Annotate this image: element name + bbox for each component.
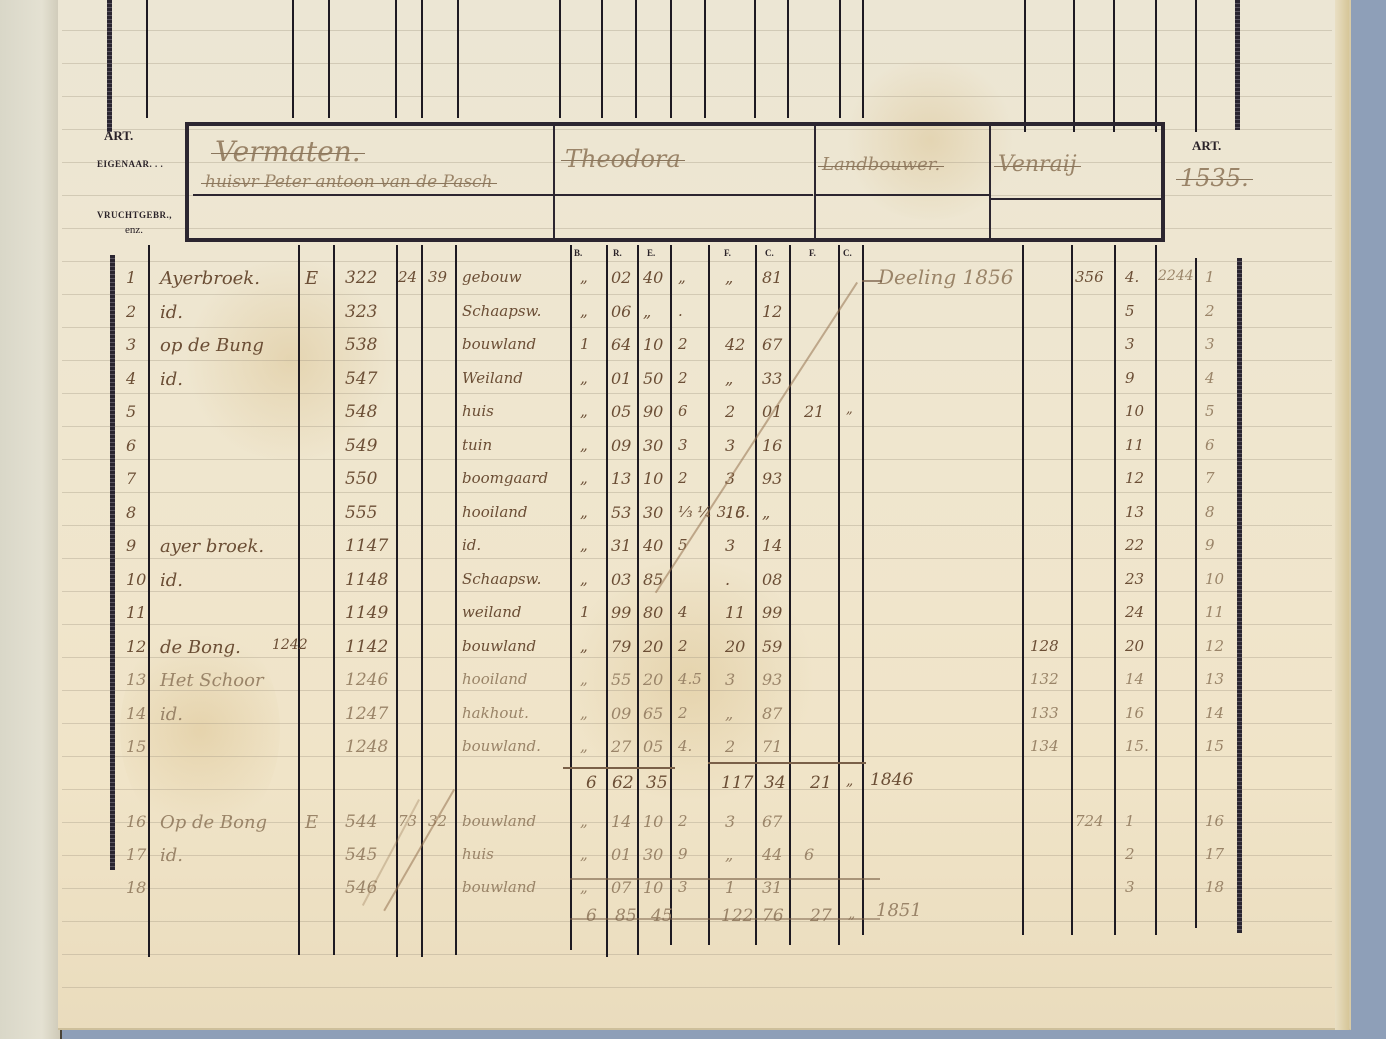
- row-number: 13: [126, 670, 146, 689]
- value-f: „: [725, 268, 733, 287]
- right-col-c: 9: [1125, 369, 1135, 387]
- value-e: 10: [643, 469, 663, 488]
- parcel-number: 545: [345, 845, 377, 865]
- right-col-c: 20: [1125, 637, 1144, 655]
- right-col-c: 11: [1125, 436, 1144, 454]
- value-f: „: [725, 704, 733, 723]
- land-use: bouwland.: [462, 737, 541, 755]
- land-use: bouwland: [462, 878, 536, 896]
- parcel-number: 550: [345, 469, 377, 489]
- place-name: Ayerbroek.: [160, 268, 260, 289]
- value-e: 20: [643, 670, 663, 689]
- place-name: de Bong.: [160, 637, 241, 658]
- owner-surname: Vermaten.: [215, 135, 361, 168]
- right-col-c: 4.: [1125, 268, 1139, 286]
- right-border-top: [1235, 0, 1240, 130]
- value-c: 14: [762, 536, 782, 555]
- value-f: „: [725, 845, 733, 864]
- class: 4.5: [678, 670, 702, 688]
- value-c: 87: [762, 704, 782, 723]
- row-number: 6: [126, 436, 136, 455]
- value-b: „: [580, 845, 588, 863]
- col-header-r: R.: [613, 248, 622, 258]
- right-col-c: 15.: [1125, 737, 1149, 755]
- value-b: „: [580, 737, 588, 755]
- right-col-e: 4: [1205, 369, 1215, 387]
- right-col-c: 16: [1125, 704, 1144, 722]
- owner-subline: huisvr Peter antoon van de Pasch: [205, 172, 493, 192]
- land-use: bouwland: [462, 812, 536, 830]
- land-use: gebouw: [462, 268, 522, 286]
- parcel-number: 1148: [345, 570, 388, 590]
- usufruct-label: VRUCHTGEBR.,: [97, 210, 172, 220]
- right-col-e: 6: [1205, 436, 1215, 454]
- row-number: 8: [126, 503, 136, 522]
- owner-residence: Venraij: [998, 152, 1077, 177]
- total-1851-f: 122: [721, 906, 753, 926]
- right-col-e: 9: [1205, 536, 1215, 554]
- class: 2: [678, 469, 688, 487]
- parcel-number: 544: [345, 812, 377, 832]
- value-c: 81: [762, 268, 782, 287]
- parcel-number: 1149: [345, 603, 388, 623]
- parcel-number: 547: [345, 369, 377, 389]
- section-letter: E: [305, 268, 318, 289]
- place-name: Het Schoor: [160, 670, 264, 691]
- value-c2: „: [846, 402, 853, 417]
- right-col-c: 10: [1125, 402, 1144, 420]
- right-col-e: 2: [1205, 302, 1215, 320]
- row-number: 7: [126, 469, 136, 488]
- value-c: 33: [762, 369, 782, 388]
- value-f: 1: [725, 878, 735, 897]
- value-b: „: [580, 503, 588, 521]
- value-c: 59: [762, 637, 782, 656]
- owner-label: EIGENAAR. . .: [97, 159, 163, 169]
- value-b: „: [580, 268, 588, 286]
- value-e: 30: [643, 845, 663, 864]
- value-e: 10: [643, 878, 663, 897]
- value-b: „: [580, 570, 588, 588]
- value-e: 90: [643, 402, 663, 421]
- class: 6: [678, 402, 688, 420]
- class: 2: [678, 369, 688, 387]
- class: 2: [678, 704, 688, 722]
- right-col-c: 1: [1125, 812, 1135, 830]
- value-b: „: [580, 402, 588, 420]
- value-f: 16: [725, 503, 745, 522]
- value-e: 30: [643, 436, 663, 455]
- right-col-a: 133: [1030, 704, 1059, 722]
- right-col-e: 18: [1205, 878, 1224, 896]
- value-c: 08: [762, 570, 782, 589]
- land-use: id.: [462, 536, 481, 554]
- value-e: 20: [643, 637, 663, 656]
- value-r: 07: [611, 878, 631, 897]
- article-number: 1535.: [1180, 164, 1249, 192]
- ref-1: 24: [398, 268, 417, 286]
- class: 9: [678, 845, 688, 863]
- col-header-c2: C.: [843, 248, 852, 258]
- row-number: 3: [126, 335, 136, 354]
- value-b: „: [580, 302, 588, 320]
- right-col-e: 16: [1205, 812, 1224, 830]
- parcel-number: 1247: [345, 704, 388, 724]
- value-b: „: [580, 637, 588, 655]
- value-c: 16: [762, 436, 782, 455]
- value-c: 31: [762, 878, 782, 897]
- right-col-e: 17: [1205, 845, 1224, 863]
- total-1851-year: 1851: [876, 900, 922, 921]
- row-number: 2: [126, 302, 136, 321]
- class: 2: [678, 335, 688, 353]
- right-col-a: 132: [1030, 670, 1059, 688]
- page-right-edge: [1335, 0, 1349, 1030]
- value-r: 09: [611, 436, 631, 455]
- value-e: 10: [643, 812, 663, 831]
- subtotal-1846-f2: 21: [810, 773, 832, 793]
- right-border: [1237, 258, 1242, 933]
- value-f2: 21: [804, 402, 824, 421]
- class: 2: [678, 637, 688, 655]
- value-b: „: [580, 436, 588, 454]
- place-name: id.: [160, 704, 183, 725]
- place-note: 1242: [272, 637, 308, 653]
- value-b: „: [580, 704, 588, 722]
- value-r: 02: [611, 268, 631, 287]
- value-f2: 6: [804, 845, 814, 864]
- value-r: 53: [611, 503, 631, 522]
- row-number: 18: [126, 878, 146, 897]
- right-col-e: 10: [1205, 570, 1224, 588]
- right-col-c: 5: [1125, 302, 1135, 320]
- right-col-c: 13: [1125, 503, 1144, 521]
- value-r: 55: [611, 670, 631, 689]
- class: 2: [678, 812, 688, 830]
- parcel-number: 322: [345, 268, 377, 288]
- value-c: 93: [762, 670, 782, 689]
- land-use: huis: [462, 402, 494, 420]
- subtotal-1846-year: 1846: [870, 770, 913, 790]
- right-col-c: 3: [1125, 878, 1135, 896]
- place-name: ayer broek.: [160, 536, 264, 557]
- right-col-e: 15: [1205, 737, 1224, 755]
- value-b: „: [580, 369, 588, 387]
- subtotal-1846-e: 35: [646, 773, 668, 793]
- right-col-b: 356: [1075, 268, 1104, 286]
- value-e: 05: [643, 737, 663, 756]
- parcel-number: 1246: [345, 670, 388, 690]
- value-f: „: [725, 369, 733, 388]
- value-r: 79: [611, 637, 631, 656]
- place-name: Op de Bong: [160, 812, 267, 833]
- col-header-e: E.: [647, 248, 655, 258]
- left-border: [110, 255, 115, 870]
- subtotal-1846-c2: „: [846, 773, 853, 789]
- value-e: „: [643, 302, 651, 321]
- land-use: bouwland: [462, 637, 536, 655]
- total-1851-c: 76: [762, 906, 784, 926]
- value-e: 40: [643, 268, 663, 287]
- class: 3: [678, 436, 688, 454]
- section-letter: E: [305, 812, 318, 833]
- value-c: 12: [762, 302, 782, 321]
- value-r: 64: [611, 335, 631, 354]
- value-b: „: [580, 469, 588, 487]
- parcel-number: 1248: [345, 737, 388, 757]
- parcel-number: 555: [345, 503, 377, 523]
- value-c: 71: [762, 737, 782, 756]
- owner-occupation: Landbouwer.: [822, 154, 940, 175]
- left-border-top: [107, 0, 112, 132]
- place-name: id.: [160, 369, 183, 390]
- value-b: „: [580, 536, 588, 554]
- value-e: 50: [643, 369, 663, 388]
- land-use: weiland: [462, 603, 522, 621]
- value-f: 2: [725, 402, 735, 421]
- right-col-e: 14: [1205, 704, 1224, 722]
- art-label-right: ART.: [1192, 138, 1221, 154]
- value-c: 93: [762, 469, 782, 488]
- value-r: 01: [611, 369, 631, 388]
- row-number: 16: [126, 812, 146, 831]
- right-col-e: 12: [1205, 637, 1224, 655]
- total-1851-r: 85: [615, 906, 637, 926]
- class: 4.: [678, 737, 692, 755]
- land-use: hooiland: [462, 670, 528, 688]
- row-number: 17: [126, 845, 146, 864]
- total-1851-b: 6: [586, 906, 597, 926]
- value-f: 2: [725, 737, 735, 756]
- land-use: Schaapsw.: [462, 302, 541, 320]
- col-header-f2: F.: [809, 248, 816, 258]
- row-number: 5: [126, 402, 136, 421]
- value-b: 1: [580, 335, 590, 353]
- right-col-d: 2244: [1158, 268, 1194, 284]
- subtotal-1846-f: 117: [721, 773, 753, 793]
- parcel-number: 323: [345, 302, 377, 322]
- value-r: 05: [611, 402, 631, 421]
- value-c: 67: [762, 812, 782, 831]
- value-e: 80: [643, 603, 663, 622]
- usufruct-label-enz: enz.: [125, 224, 143, 236]
- land-use: huis: [462, 845, 494, 863]
- right-col-c: 23: [1125, 570, 1144, 588]
- row-number: 9: [126, 536, 136, 555]
- place-name: id.: [160, 845, 183, 866]
- value-r: 03: [611, 570, 631, 589]
- place-name: id.: [160, 570, 183, 591]
- land-use: Weiland: [462, 369, 523, 387]
- right-col-a: 134: [1030, 737, 1059, 755]
- right-col-e: 3: [1205, 335, 1215, 353]
- class: 3: [678, 878, 688, 896]
- land-use: tuin: [462, 436, 492, 454]
- col-header-f: F.: [724, 248, 731, 258]
- value-r: 31: [611, 536, 631, 555]
- value-r: 14: [611, 812, 631, 831]
- right-col-e: 13: [1205, 670, 1224, 688]
- parcel-number: 1142: [345, 637, 388, 657]
- value-r: 13: [611, 469, 631, 488]
- right-col-b: 724: [1075, 812, 1104, 830]
- row-number: 15: [126, 737, 146, 756]
- class: 4: [678, 603, 688, 621]
- row-number: 4: [126, 369, 136, 388]
- value-b: „: [580, 812, 588, 830]
- land-use: boomgaard: [462, 469, 548, 487]
- place-name: id.: [160, 302, 183, 323]
- value-f: 42: [725, 335, 745, 354]
- value-f: 3: [725, 670, 735, 689]
- right-col-c: 24: [1125, 603, 1144, 621]
- right-col-a: 128: [1030, 637, 1059, 655]
- row-number: 10: [126, 570, 146, 589]
- value-f: 11: [725, 603, 745, 622]
- class: .: [678, 302, 683, 320]
- parcel-number: 538: [345, 335, 377, 355]
- value-c: „: [762, 503, 770, 522]
- value-r: 99: [611, 603, 631, 622]
- col-header-c: C.: [765, 248, 774, 258]
- annotation-deeling-1856: Deeling 1856: [878, 265, 1013, 289]
- right-col-c: 12: [1125, 469, 1144, 487]
- value-f: 20: [725, 637, 745, 656]
- right-col-c: 22: [1125, 536, 1144, 554]
- parcel-number: 549: [345, 436, 377, 456]
- left-page-edge: [0, 0, 62, 1039]
- value-r: 01: [611, 845, 631, 864]
- value-b: „: [580, 878, 588, 896]
- total-1851-e: 45: [651, 906, 673, 926]
- place-name: op de Bung: [160, 335, 264, 356]
- row-number: 14: [126, 704, 146, 723]
- value-f: .: [725, 570, 730, 589]
- value-b: „: [580, 670, 588, 688]
- land-use: hakhout.: [462, 704, 529, 722]
- value-r: 09: [611, 704, 631, 723]
- value-r: 27: [611, 737, 631, 756]
- value-c: 67: [762, 335, 782, 354]
- value-e: 65: [643, 704, 663, 723]
- value-r: 06: [611, 302, 631, 321]
- total-1851-f2: 27: [810, 906, 832, 926]
- parcel-number: 1147: [345, 536, 388, 556]
- land-use: Schaapsw.: [462, 570, 541, 588]
- value-e: 30: [643, 503, 663, 522]
- col-header-b: B.: [574, 248, 582, 258]
- total-1851-c2: „: [848, 906, 855, 922]
- value-b: 1: [580, 603, 590, 621]
- row-number: 11: [126, 603, 146, 622]
- owner-given-names: Theodora: [565, 145, 681, 173]
- right-col-c: 14: [1125, 670, 1144, 688]
- land-use: hooiland: [462, 503, 528, 521]
- right-col-c: 3: [1125, 335, 1135, 353]
- art-label: ART.: [104, 128, 133, 144]
- value-f: 3: [725, 536, 735, 555]
- value-e: 40: [643, 536, 663, 555]
- row-number: 12: [126, 637, 146, 656]
- right-col-e: 1: [1205, 268, 1215, 286]
- right-col-e: 8: [1205, 503, 1215, 521]
- subtotal-1846-c: 34: [764, 773, 786, 793]
- ref-2: 39: [428, 268, 447, 286]
- subtotal-1846-b: 6: [586, 773, 597, 793]
- value-c: 44: [762, 845, 782, 864]
- row-number: 1: [126, 268, 136, 287]
- value-f: 3: [725, 436, 735, 455]
- value-e: 10: [643, 335, 663, 354]
- right-col-c: 2: [1125, 845, 1135, 863]
- value-f: 3: [725, 812, 735, 831]
- land-use: bouwland: [462, 335, 536, 353]
- parcel-number: 548: [345, 402, 377, 422]
- right-col-e: 5: [1205, 402, 1215, 420]
- right-col-e: 11: [1205, 603, 1224, 621]
- value-c: 99: [762, 603, 782, 622]
- class: „: [678, 268, 686, 286]
- subtotal-1846-r: 62: [612, 773, 634, 793]
- right-col-e: 7: [1205, 469, 1215, 487]
